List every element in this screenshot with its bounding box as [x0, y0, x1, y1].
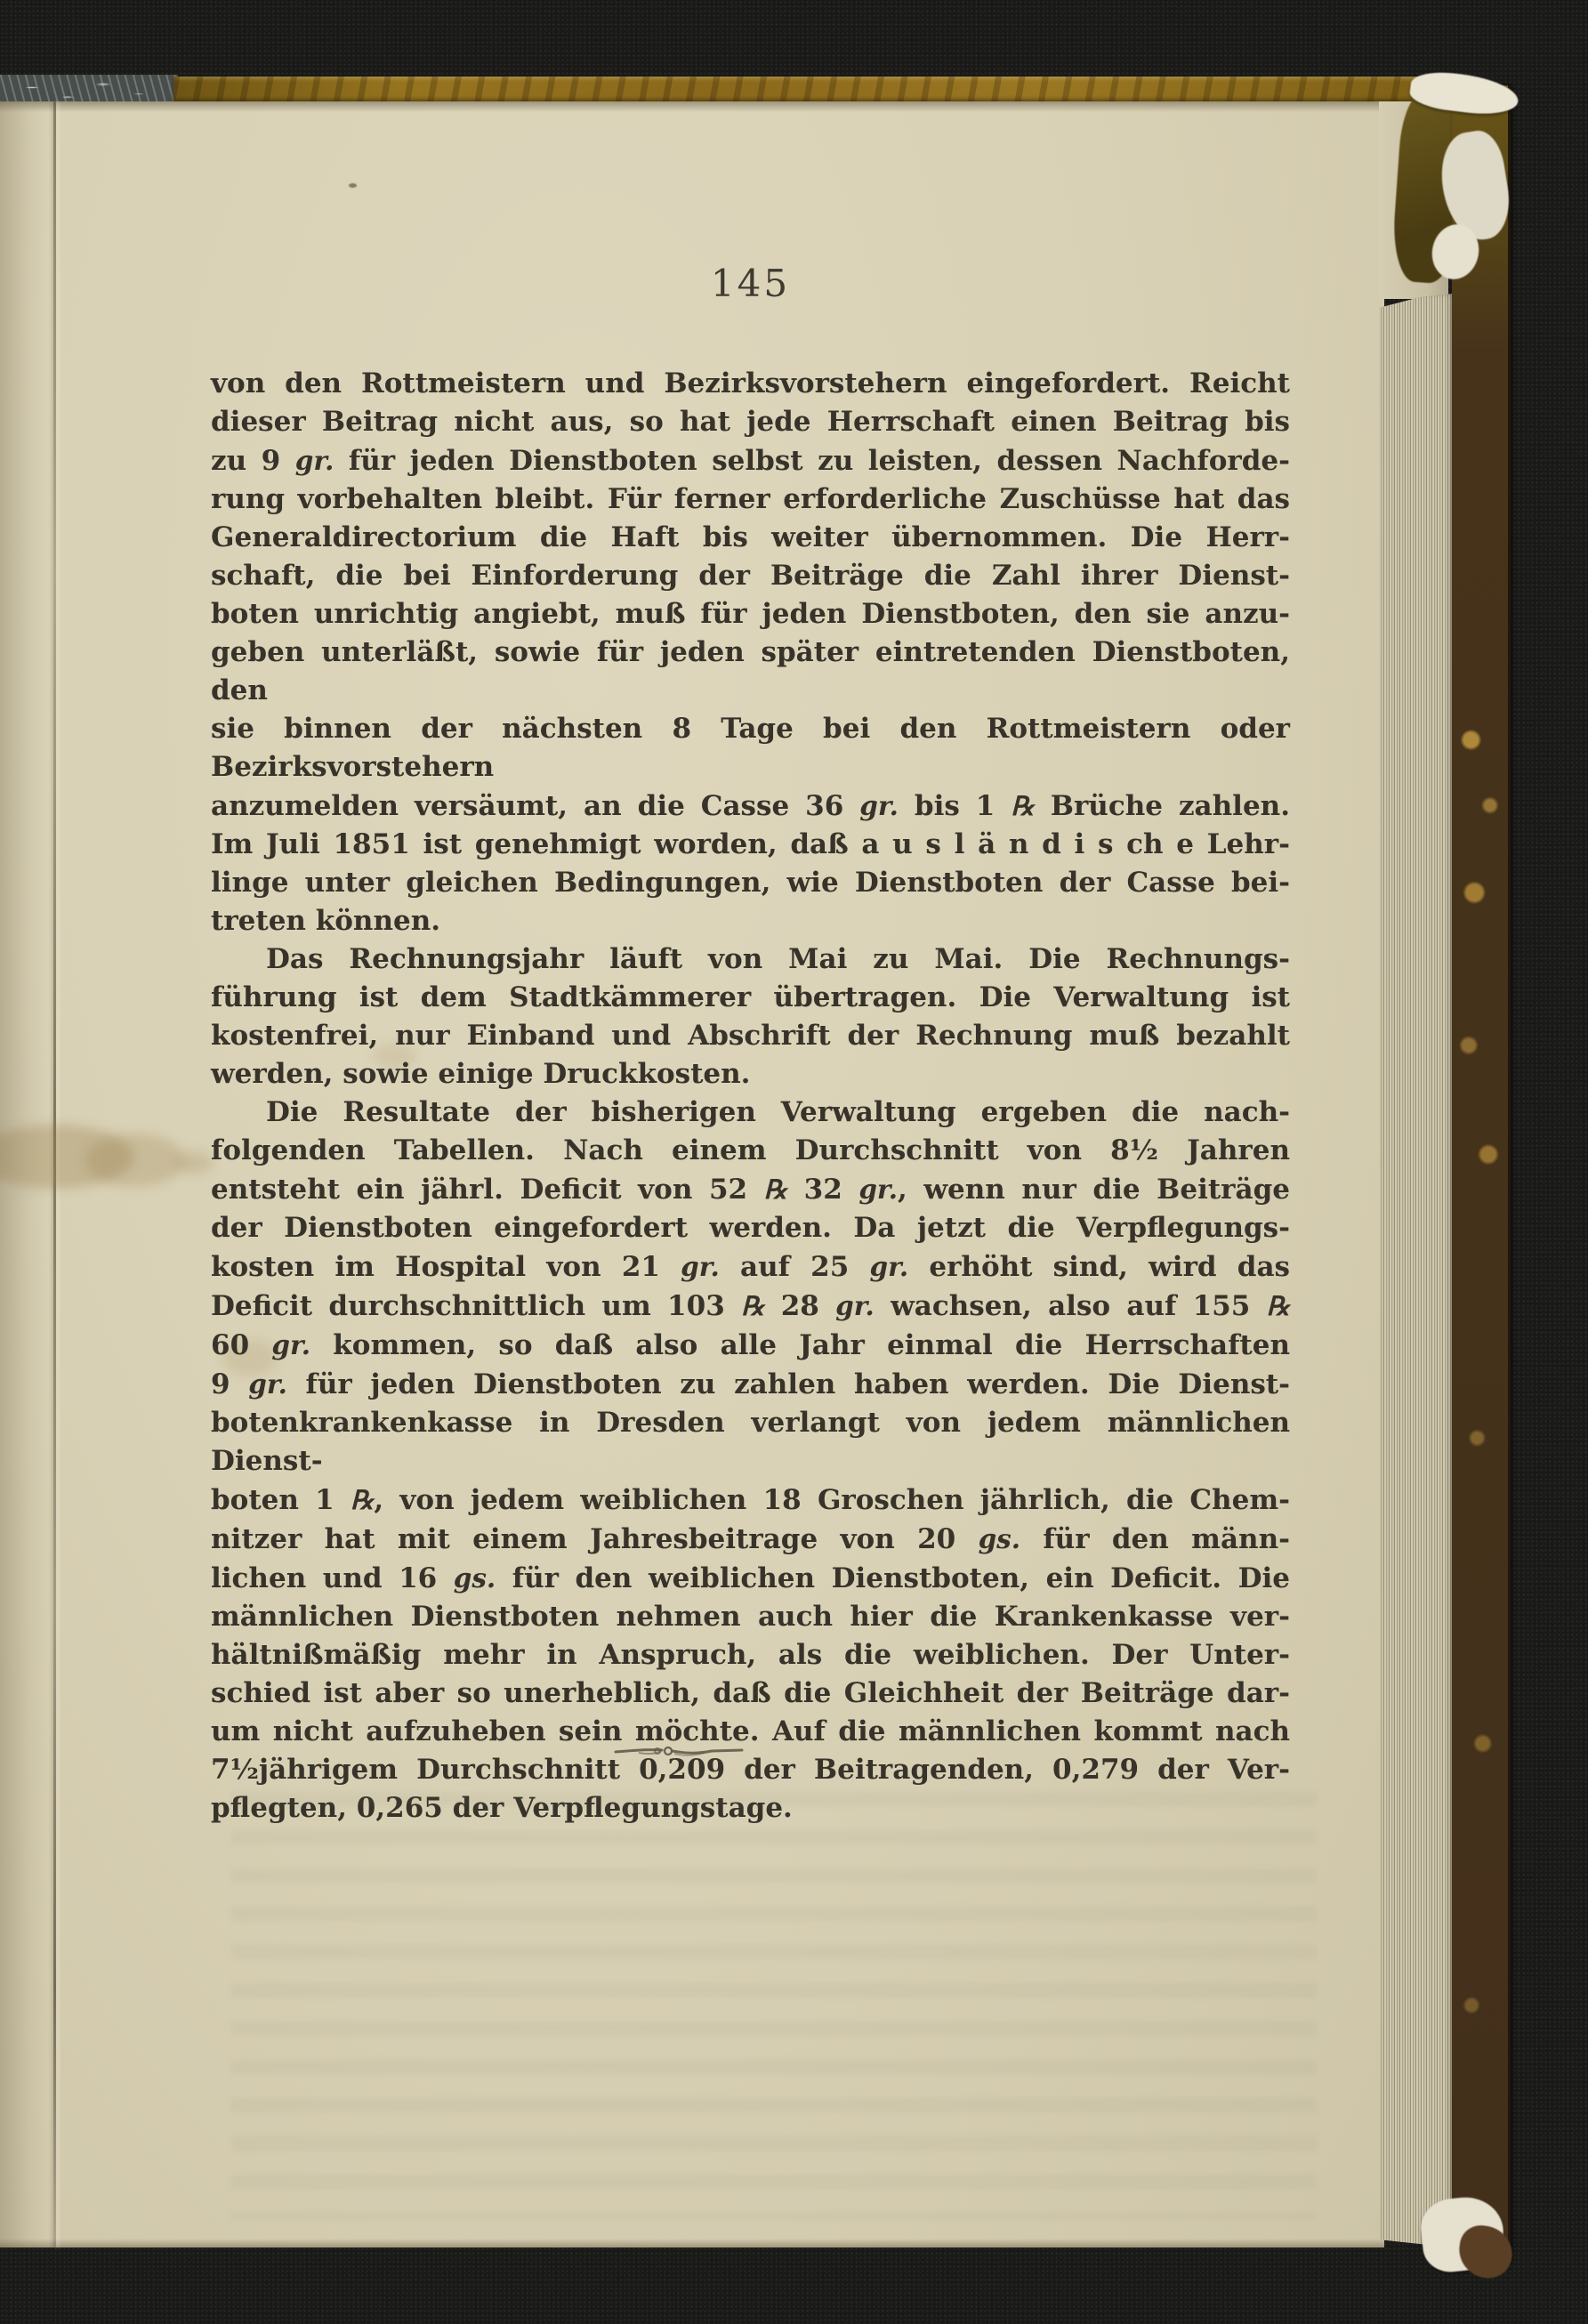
- text-line: 7½jährigem Durchschnitt 0,209 der Beitra…: [211, 1751, 1290, 1789]
- text-line: hältnißmäßig mehr in Anspruch, als die w…: [211, 1636, 1290, 1674]
- text-line: boten 1 ℞, von jedem weiblichen 18 Grosc…: [211, 1481, 1290, 1520]
- text-line: führung ist dem Stadtkämmerer übertragen…: [211, 979, 1290, 1017]
- text-line: Im Juli 1851 ist genehmigt worden, daß a…: [211, 826, 1290, 864]
- text-line: Das Rechnungsjahr läuft von Mai zu Mai. …: [211, 940, 1290, 979]
- text-line: Die Resultate der bisherigen Verwaltung …: [211, 1093, 1290, 1132]
- text-line: schied ist aber so unerheblich, daß die …: [211, 1674, 1290, 1713]
- text-line: folgenden Tabellen. Nach einem Durchschn…: [211, 1132, 1290, 1170]
- text-line: lichen und 16 gs. für den weiblichen Die…: [211, 1559, 1290, 1598]
- page-edge-stack: [1379, 294, 1454, 2247]
- text-line: kostenfrei, nur Einband und Abschrift de…: [211, 1017, 1290, 1055]
- page-top-shadow: [0, 101, 1384, 112]
- page-text: von den Rottmeistern und Bezirksvorstehe…: [211, 365, 1290, 1828]
- book-page: 145 von den Rottmeistern und Bezirksvors…: [0, 101, 1384, 2247]
- book-cover-fore-edge: [1452, 85, 1511, 2267]
- text-line: entsteht ein jährl. Deficit von 52 ℞ 32 …: [211, 1170, 1290, 1209]
- text-line: 60 gr. kommen, so daß also alle Jahr ein…: [211, 1326, 1290, 1365]
- text-line: Deficit durchschnittlich um 103 ℞ 28 gr.…: [211, 1287, 1290, 1326]
- text-line: nitzer hat mit einem Jahresbeitrage von …: [211, 1520, 1290, 1559]
- text-line: zu 9 gr. für jeden Dienstboten selbst zu…: [211, 441, 1290, 480]
- foxing-stain: [176, 1151, 214, 1174]
- paragraph: Die Resultate der bisherigen Verwaltung …: [211, 1093, 1290, 1828]
- book-cover-top-edge: [173, 77, 1446, 103]
- text-line: treten können.: [211, 902, 1290, 940]
- text-line: linge unter gleichen Bedingungen, wie Di…: [211, 864, 1290, 902]
- text-line: um nicht aufzuheben sein möchte. Auf die…: [211, 1713, 1290, 1751]
- text-line: dieser Beitrag nicht aus, so hat jede He…: [211, 403, 1290, 441]
- text-line: kosten im Hospital von 21 gr. auf 25 gr.…: [211, 1247, 1290, 1287]
- paragraph: von den Rottmeistern und Bezirksvorstehe…: [211, 365, 1290, 940]
- text-line: männlichen Dienstboten nehmen auch hier …: [211, 1598, 1290, 1636]
- text-line: geben unterläßt, sowie für jeden später …: [211, 633, 1290, 710]
- printer-rule-icon: [612, 1742, 746, 1760]
- scanned-book-photo: { "page": { "number": "145", "paragraphs…: [0, 0, 1588, 2324]
- ink-speck: [349, 183, 357, 188]
- text-line: 9 gr. für jeden Dienstboten zu zahlen ha…: [211, 1365, 1290, 1404]
- text-line: anzumelden versäumt, an die Casse 36 gr.…: [211, 787, 1290, 826]
- text-line: botenkrankenkasse in Dresden verlangt vo…: [211, 1404, 1290, 1481]
- text-line: der Dienstboten eingefordert werden. Da …: [211, 1209, 1290, 1247]
- divider-ornament: [612, 1742, 746, 1760]
- text-line: von den Rottmeistern und Bezirksvorstehe…: [211, 365, 1290, 403]
- text-line: boten unrichtig angiebt, muß für jeden D…: [211, 595, 1290, 633]
- page-number: 145: [211, 262, 1290, 305]
- foxing-stain: [85, 1134, 185, 1187]
- text-line: Generaldirectorium die Haft bis weiter ü…: [211, 519, 1290, 557]
- page-bottom-shadow: [0, 2239, 1384, 2247]
- paragraph: Das Rechnungsjahr läuft von Mai zu Mai. …: [211, 940, 1290, 1093]
- text-line: sie binnen der nächsten 8 Tage bei den R…: [211, 710, 1290, 787]
- text-line: rung vorbehalten bleibt. Für ferner erfo…: [211, 480, 1290, 519]
- text-line: werden, sowie einige Druckkosten.: [211, 1055, 1290, 1093]
- text-line: schaft, die bei Einforderung der Beiträg…: [211, 557, 1290, 595]
- verso-show-through: [231, 1792, 1317, 2219]
